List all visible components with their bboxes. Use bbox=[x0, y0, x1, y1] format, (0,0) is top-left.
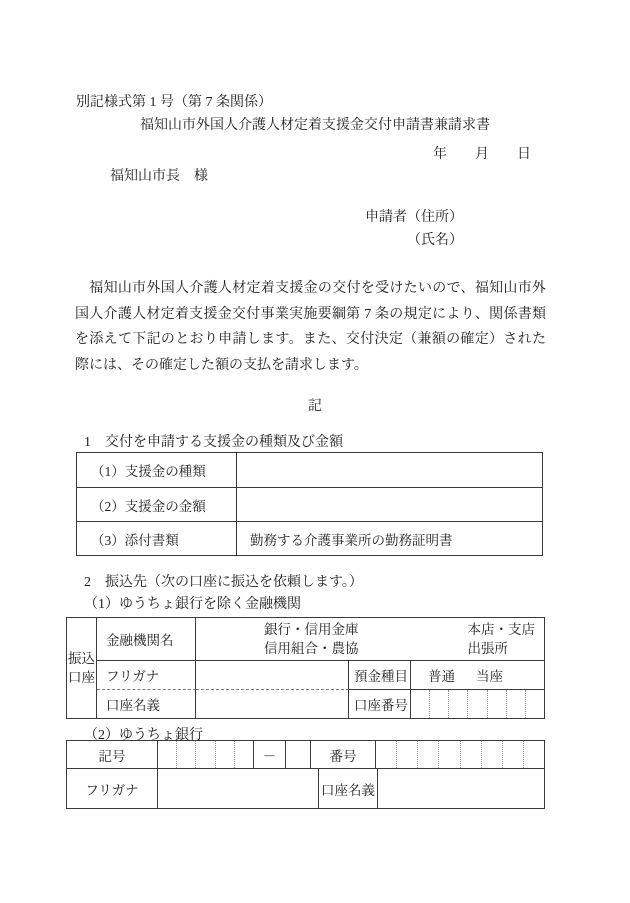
symbol-number-separator: － bbox=[254, 741, 286, 768]
row-label: （3）添付書類 bbox=[77, 522, 237, 555]
table-row: 記号 － 番号 bbox=[67, 741, 544, 768]
ki-marker: 記 bbox=[0, 395, 630, 415]
yucho-account-table: 記号 － 番号 フリガナ 口座名義 bbox=[66, 740, 545, 809]
grant-type-value-field bbox=[237, 453, 542, 487]
furigana-label: フリガナ bbox=[67, 769, 158, 808]
addressee-line: 福知山市長 様 bbox=[110, 165, 208, 185]
institution-options-cell: 銀行・信用金庫 信用組合・農協 本店・支店 出張所 bbox=[196, 618, 544, 660]
document-page: 別記様式第 1 号（第 7 条関係） 福知山市外国人介護人材定着支援金交付申請書… bbox=[0, 0, 630, 903]
deposit-type-options: 普通 当座 bbox=[411, 661, 544, 689]
table-row: （1）支援金の種類 bbox=[77, 453, 542, 487]
body-line: 際には、その確定した額の支払を請求します。 bbox=[75, 353, 546, 379]
account-name-value-field bbox=[196, 689, 349, 718]
applicant-block: 申請者（住所） （氏名） bbox=[365, 206, 463, 252]
institution-type-options: 銀行・信用金庫 信用組合・農協 bbox=[264, 620, 359, 658]
row-label: （1）支援金の種類 bbox=[77, 453, 237, 487]
section1-heading: 1 交付を申請する支援金の種類及び金額 bbox=[84, 431, 343, 451]
applicant-address-label: 申請者（住所） bbox=[365, 206, 463, 229]
body-line: 福知山市外国人介護人材定着支援金の交付を受けたいので、福知山市外 bbox=[75, 276, 546, 302]
date-day-label: 日 bbox=[517, 143, 531, 163]
date-year-label: 年 bbox=[433, 143, 447, 163]
account-name-value-field bbox=[378, 769, 544, 808]
table-row: 金融機関名 銀行・信用金庫 信用組合・農協 本店・支店 出張所 bbox=[97, 618, 544, 660]
table-row: （2）支援金の金額 bbox=[77, 487, 542, 521]
table-row: 口座名義 口座番号 bbox=[97, 689, 544, 718]
table-row: フリガナ 口座名義 bbox=[67, 768, 544, 808]
symbol-extra-box bbox=[286, 741, 311, 768]
bank-account-table: 振込 口座 金融機関名 銀行・信用金庫 信用組合・農協 本店・支店 出張所 bbox=[66, 617, 545, 719]
account-name-label: 口座名義 bbox=[319, 769, 378, 808]
branch-type-options: 本店・支店 出張所 bbox=[468, 620, 536, 658]
table-row: フリガナ 預金種目 普通 当座 bbox=[97, 660, 544, 689]
body-line: 国人介護人材定着支援金交付事業実施要綱第 7 条の規定により、関係書類 bbox=[75, 302, 546, 328]
furigana-value-field bbox=[158, 769, 319, 808]
grant-amount-value-field bbox=[237, 488, 542, 521]
body-paragraph: 福知山市外国人介護人材定着支援金の交付を受けたいので、福知山市外 国人介護人材定… bbox=[75, 276, 546, 378]
sub1-heading: （1）ゆうちょ銀行を除く金融機関 bbox=[84, 593, 301, 613]
symbol-label: 記号 bbox=[67, 741, 158, 768]
date-line: 年 月 日 bbox=[433, 143, 531, 163]
institution-name-label: 金融機関名 bbox=[97, 618, 196, 660]
symbol-digit-boxes bbox=[158, 741, 254, 768]
number-digit-boxes bbox=[376, 741, 544, 768]
applicant-name-label: （氏名） bbox=[365, 229, 463, 252]
section2-heading: 2 振込先（次の口座に振込を依頼します。） bbox=[84, 571, 363, 591]
body-line: を添えて下記のとおり申請します。また、交付決定（兼額の確定）された bbox=[75, 327, 546, 353]
furigana-label: フリガナ bbox=[97, 661, 196, 689]
number-label: 番号 bbox=[311, 741, 376, 768]
attachment-value: 勤務する介護事業所の勤務証明書 bbox=[237, 522, 542, 555]
furigana-value-field bbox=[196, 661, 349, 689]
document-title: 福知山市外国人介護人材定着支援金交付申請書兼請求書 bbox=[0, 114, 630, 134]
transfer-account-label: 振込 口座 bbox=[67, 618, 97, 718]
date-month-label: 月 bbox=[475, 143, 489, 163]
account-number-digit-boxes bbox=[411, 689, 544, 718]
account-number-label: 口座番号 bbox=[349, 689, 411, 718]
account-name-label: 口座名義 bbox=[97, 689, 196, 718]
form-style-note: 別記様式第 1 号（第 7 条関係） bbox=[76, 91, 272, 111]
row-label: （2）支援金の金額 bbox=[77, 488, 237, 521]
grant-type-table: （1）支援金の種類 （2）支援金の金額 （3）添付書類 勤務する介護事業所の勤務… bbox=[76, 452, 543, 556]
table-row: （3）添付書類 勤務する介護事業所の勤務証明書 bbox=[77, 521, 542, 555]
deposit-type-label: 預金種目 bbox=[349, 661, 411, 689]
